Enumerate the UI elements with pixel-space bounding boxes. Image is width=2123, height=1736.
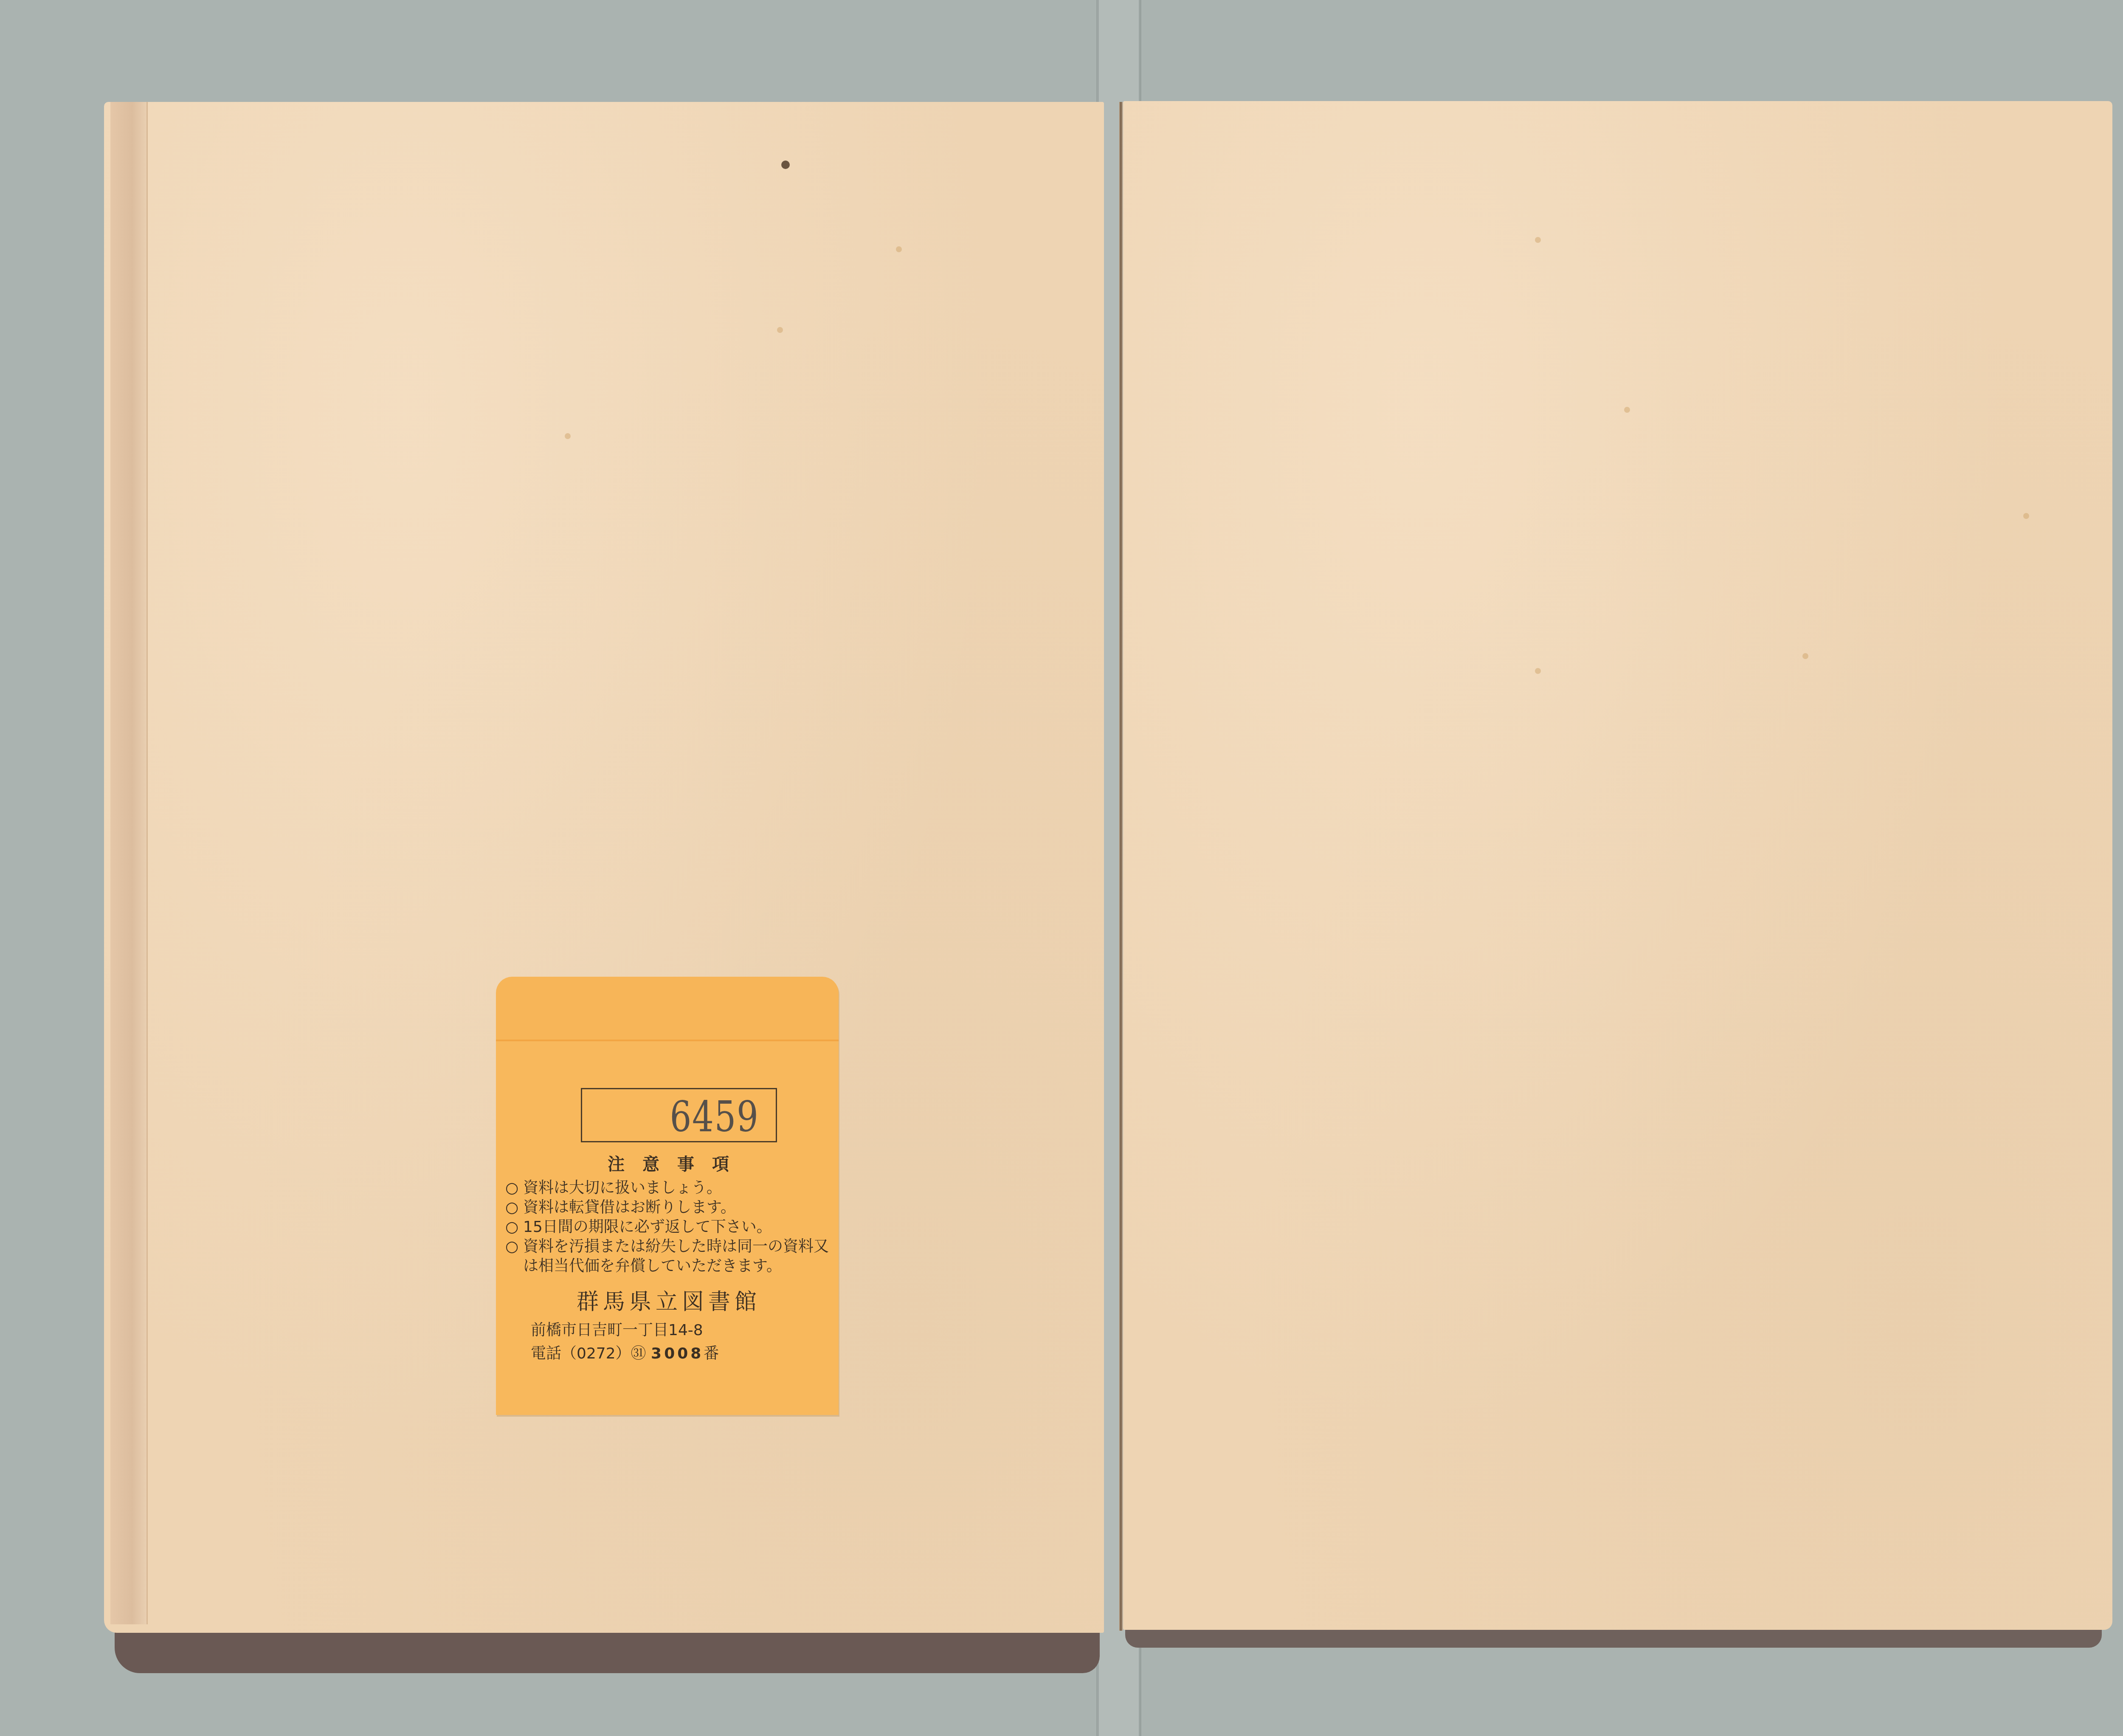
pocket-flap-edge — [496, 1040, 839, 1041]
circle-bullet-icon: ○ — [505, 1237, 523, 1257]
call-number: 6459 — [670, 1092, 759, 1141]
circle-bullet-icon: ○ — [505, 1198, 523, 1217]
library-address: 前橋市日吉町一丁目14-8 — [505, 1318, 832, 1340]
foxing-spot — [1802, 653, 1808, 659]
library-card-pocket: 6459 注意事項 ○資料は大切に扱いましょう。 ○資料は転貸借はお断りします。… — [496, 977, 839, 1415]
foxing-spot — [1535, 237, 1541, 243]
foxing-spot — [2023, 513, 2029, 519]
right-page — [1123, 101, 2112, 1630]
library-name: 群馬県立図書館 — [505, 1284, 832, 1316]
circle-bullet-icon: ○ — [505, 1178, 523, 1198]
book-gutter — [1119, 102, 1123, 1631]
ink-speck — [781, 161, 790, 169]
pocket-front: 6459 注意事項 ○資料は大切に扱いましょう。 ○資料は転貸借はお断りします。… — [496, 1041, 839, 1415]
call-number-box: 6459 — [581, 1088, 777, 1142]
right-page-shadow — [1125, 1629, 2102, 1648]
foxing-spot — [1624, 407, 1630, 413]
notice-item: ○15日間の期限に必ず返して下さい。 — [505, 1217, 832, 1237]
notice-block: 注意事項 ○資料は大切に扱いましょう。 ○資料は転貸借はお断りします。 ○15日… — [505, 1151, 832, 1363]
foxing-spot — [777, 327, 783, 333]
notice-item: ○資料は転貸借はお断りします。 — [505, 1198, 832, 1217]
notice-item: ○資料は大切に扱いましょう。 — [505, 1178, 832, 1198]
foxing-spot — [896, 246, 902, 252]
foxing-spot — [1535, 668, 1541, 674]
notice-title: 注意事項 — [522, 1151, 832, 1175]
library-phone: 電話（0272）㉛ 3008番 — [505, 1341, 832, 1363]
spine-edge — [110, 102, 148, 1624]
circle-bullet-icon: ○ — [505, 1217, 523, 1237]
left-page-shadow — [115, 1629, 1100, 1673]
foxing-spot — [565, 433, 571, 439]
notice-item: ○資料を汚損または紛失した時は同一の資料又は相当代価を弁償していただきます。 — [505, 1237, 832, 1276]
